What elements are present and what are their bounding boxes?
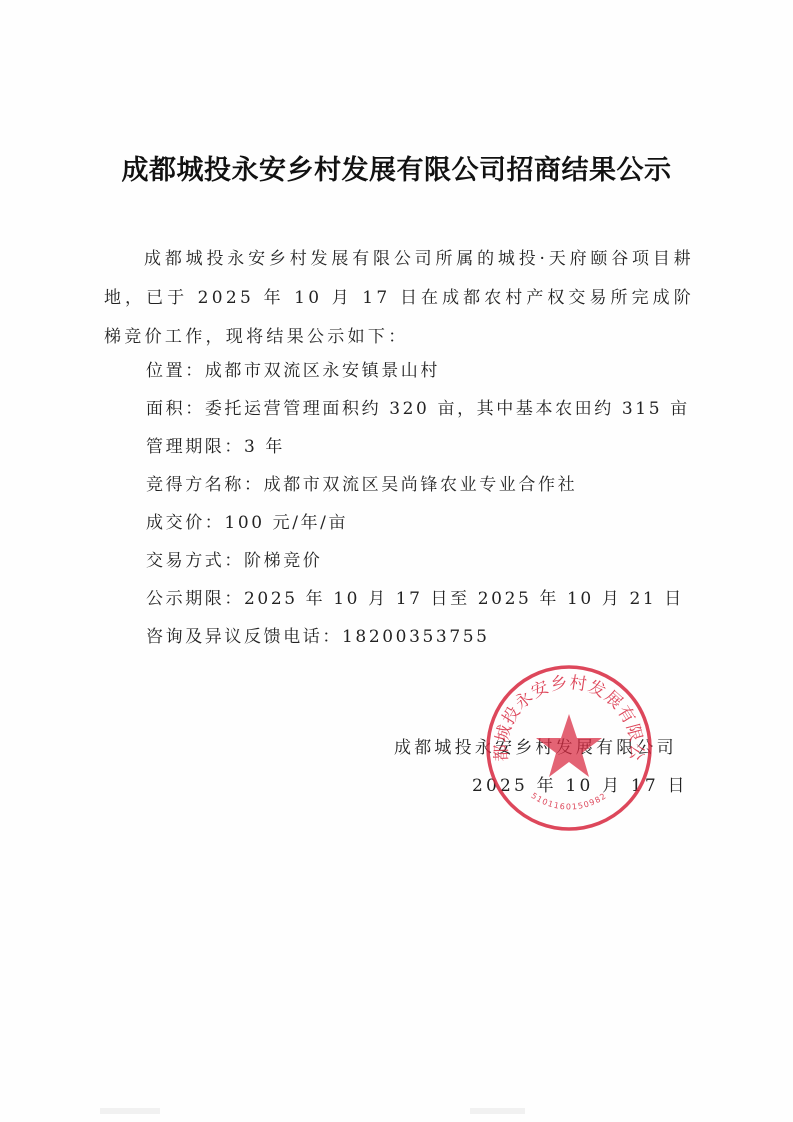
field-label: 位置： <box>146 361 205 381</box>
field-period: 公示期限：2025 年 10 月 17 日至 2025 年 10 月 21 日 <box>146 584 684 609</box>
field-label: 竞得方名称： <box>146 475 264 495</box>
field-label: 交易方式： <box>146 551 244 571</box>
field-area: 面积：委托运营管理面积约 320 亩，其中基本农田约 315 亩 <box>146 394 690 419</box>
field-value: 成都市双流区吴尚锋农业专业合作社 <box>264 475 578 495</box>
field-method: 交易方式：阶梯竞价 <box>146 546 322 571</box>
company-seal-icon: 成都城投永安乡村发展有限公司 5101160150982 <box>483 662 655 834</box>
field-label: 公示期限： <box>146 589 244 609</box>
field-value: 阶梯竞价 <box>244 551 322 571</box>
seal-star-icon <box>536 714 602 777</box>
field-phone: 咨询及异议反馈电话：18200353755 <box>146 622 490 647</box>
field-value: 2025 年 10 月 17 日至 2025 年 10 月 21 日 <box>244 589 684 609</box>
field-label: 咨询及异议反馈电话： <box>146 627 342 647</box>
intro-paragraph: 成都城投永安乡村发展有限公司所属的城投·天府颐谷项目耕地，已于 2025 年 1… <box>104 240 694 357</box>
field-winner: 竞得方名称：成都市双流区吴尚锋农业专业合作社 <box>146 470 577 495</box>
field-label: 管理期限： <box>146 437 244 457</box>
document-title: 成都城投永安乡村发展有限公司招商结果公示 <box>0 148 793 187</box>
field-value: 3 年 <box>244 437 285 457</box>
field-label: 成交价： <box>146 513 224 533</box>
scan-artifact <box>100 1108 160 1114</box>
field-location: 位置：成都市双流区永安镇景山村 <box>146 356 440 381</box>
field-label: 面积： <box>146 399 205 419</box>
document-page: 成都城投永安乡村发展有限公司招商结果公示 成都城投永安乡村发展有限公司所属的城投… <box>0 0 793 1122</box>
field-term: 管理期限：3 年 <box>146 432 285 457</box>
field-price: 成交价：100 元/年/亩 <box>146 508 348 533</box>
field-value: 18200353755 <box>342 627 490 647</box>
scan-artifact <box>470 1108 525 1114</box>
seal-code: 5101160150982 <box>530 791 609 811</box>
svg-text:5101160150982: 5101160150982 <box>530 791 609 811</box>
field-value: 委托运营管理面积约 320 亩，其中基本农田约 315 亩 <box>205 399 690 419</box>
field-value: 100 元/年/亩 <box>224 513 348 533</box>
field-value: 成都市双流区永安镇景山村 <box>205 361 440 381</box>
